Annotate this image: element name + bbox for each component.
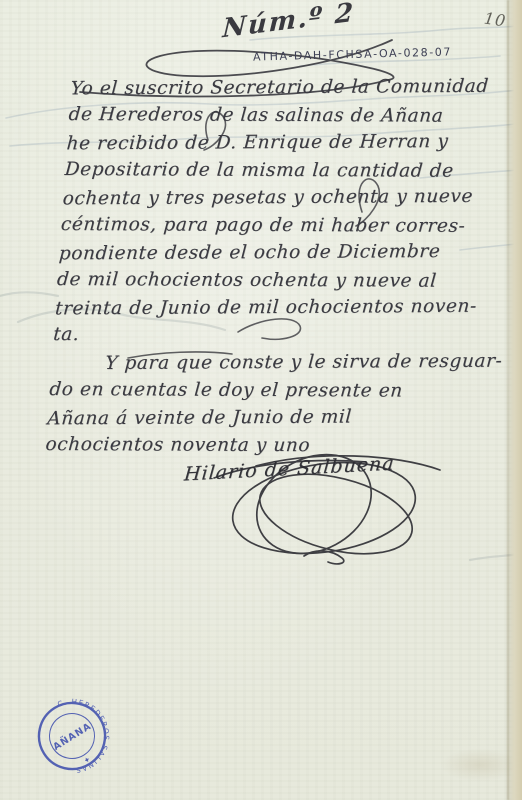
manuscript-line: pondiente desde el ocho de Diciembre [58,238,512,268]
manuscript-body: Yo el suscrito Secretario de la Comunida… [45,74,522,459]
stamp-center-text: AÑANA [51,721,93,753]
manuscript-line: treinta de Junio de mil ochocientos nove… [54,293,508,323]
manuscript-line: he recibido de D. Enrique de Herran y [66,128,520,158]
manuscript-line: de mil ochocientos ochenta y nueve al [56,266,510,295]
heirs-community-stamp: C. HEREDEROS SALINAS AÑANA ✦ [30,694,114,778]
manuscript-line: ochenta y tres pesetas y ochenta y nueve [62,183,516,213]
manuscript-line: do en cuentas le doy el presente en [48,376,502,405]
folio-number: 10 [483,9,508,31]
manuscript-line: ta. [52,321,506,350]
manuscript-line: Yo el suscrito Secretario de la Comunida… [70,73,522,103]
page-edge [505,0,522,800]
manuscript-line: Añana á veinte de Junio de mil [46,403,500,433]
manuscript-line: Depositario de la misma la cantidad de [64,156,518,185]
document-number-heading: Núm.º 2 [222,0,356,44]
manuscript-line: ochocientos noventa y uno [45,431,499,460]
manuscript-line: de Herederos de las salinas de Añana [68,101,522,130]
manuscript-page: Núm.º 2 ATHA-DAH-FCHSA-OA-028-07 10 Yo e… [0,0,522,800]
manuscript-line: Y para que conste y le sirva de resguar- [50,348,504,378]
manuscript-line: céntimos, para pago de mi haber corres- [60,211,514,240]
archive-reference-code: ATHA-DAH-FCHSA-OA-028-07 [253,45,452,63]
